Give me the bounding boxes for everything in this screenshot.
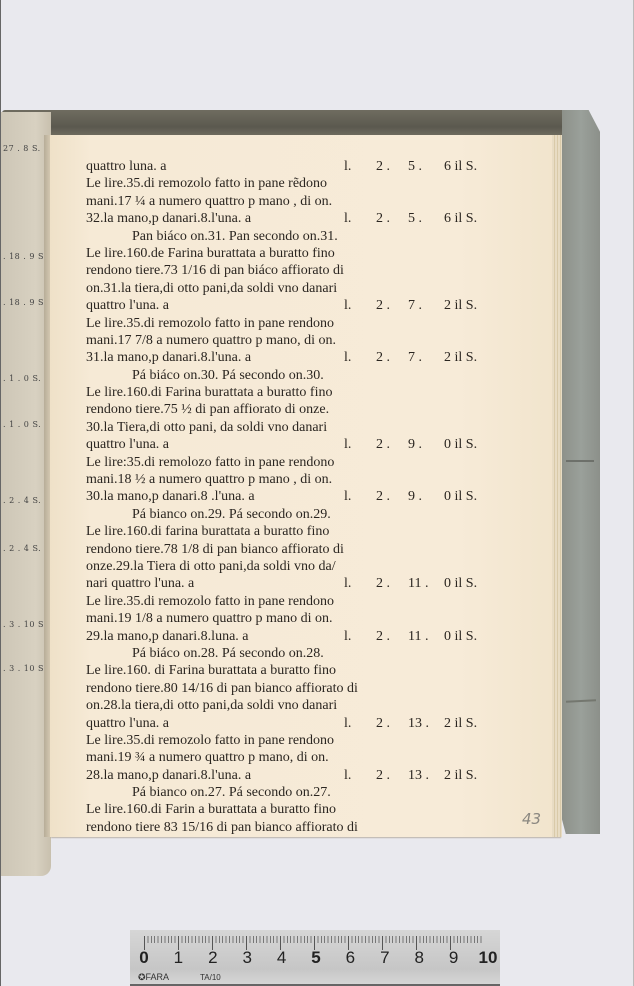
line-text: Pá biáco on.30. Pá secondo on.30. xyxy=(132,367,324,384)
price-part: 6 il S. xyxy=(444,158,492,175)
text-line: quattro l'una. al.2 .13 .2 il S. xyxy=(86,715,486,732)
price-part: 2 . xyxy=(376,767,408,784)
price-part: 2 . xyxy=(376,349,408,366)
line-text: onze.29.la Tiera di otto pani,da soldi v… xyxy=(86,558,336,575)
line-text: Pá biáco on.28. Pá secondo on.28. xyxy=(132,645,324,662)
ruler-number: 10 xyxy=(479,948,498,968)
ruler-number: 4 xyxy=(277,948,286,968)
text-line: quattro l'una. al.2 .7 .2 il S. xyxy=(86,297,486,314)
text-line: quattro l'una. al.2 .9 .0 il S. xyxy=(86,436,486,453)
line-text: 28.la mano,p danari.8.l'una. a xyxy=(86,767,251,784)
text-line: Le lire.160.di Farina burattata a buratt… xyxy=(86,384,486,401)
price-amount: l.2 .11 .0 il S. xyxy=(344,575,492,592)
section-heading: Pá bianco on.27. Pá secondo on.27. xyxy=(86,784,486,801)
text-line: 30.la Tiera,di otto pani, da soldi vno d… xyxy=(86,419,486,436)
price-part: 2 . xyxy=(376,436,408,453)
price-amount: l.2 .9 .0 il S. xyxy=(344,488,492,505)
line-text: mani.17 ¼ a numero quattro p mano , di o… xyxy=(86,193,332,210)
price-part: 0 il S. xyxy=(444,436,492,453)
price-part: l. xyxy=(344,488,376,505)
price-part: 0 il S. xyxy=(444,628,492,645)
ruler-number: 7 xyxy=(380,948,389,968)
price-part: 2 . xyxy=(376,715,408,732)
price-part: l. xyxy=(344,349,376,366)
line-text: 31.la mano,p danari.8.l'una. a xyxy=(86,349,251,366)
line-text: Pan biáco on.31. Pan secondo on.31. xyxy=(132,228,338,245)
text-line: Le lire.160. di Farina burattata a burat… xyxy=(86,662,486,679)
price-part: 11 . xyxy=(408,575,444,592)
line-text: quattro l'una. a xyxy=(86,297,169,314)
price-part: 2 . xyxy=(376,158,408,175)
price-part: 5 . xyxy=(408,158,444,175)
price-part: 13 . xyxy=(408,715,444,732)
line-text: on.31.la tiera,di otto pani,da soldi vno… xyxy=(86,280,337,297)
price-amount: l.2 .13 .2 il S. xyxy=(344,767,492,784)
line-text: nari quattro l'una. a xyxy=(86,575,194,592)
scale-ruler: 012345678910 ✪FARA TA/10 xyxy=(130,930,500,986)
line-text: quattro luna. a xyxy=(86,158,166,175)
price-part: 2 il S. xyxy=(444,715,492,732)
ruler-numbers: 012345678910 xyxy=(134,948,496,968)
text-line: Le lire.160.di Farin a burattata a burat… xyxy=(86,801,486,818)
line-text: 30.la Tiera,di otto pani, da soldi vno d… xyxy=(86,419,327,436)
text-line: Le lire.35.di remozolo fatto in pane ren… xyxy=(86,593,486,610)
price-part: 11 . xyxy=(408,628,444,645)
ruler-number: 3 xyxy=(242,948,251,968)
line-text: rendono tiere.75 ½ di pan affiorato di o… xyxy=(86,401,329,418)
price-part: 9 . xyxy=(408,436,444,453)
text-line: mani.19 ¾ a numero quattro p mano, di on… xyxy=(86,749,486,766)
line-text: Le lire.35.di remozolo fatto in pane ren… xyxy=(86,593,334,610)
price-part: 13 . xyxy=(408,767,444,784)
price-part: 2 il S. xyxy=(444,349,492,366)
text-line: mani.17 7/8 a numero quattro p mano, di … xyxy=(86,332,486,349)
paper-wrapper-top xyxy=(2,110,576,138)
price-amount: l.2 .5 .6 il S. xyxy=(344,158,492,175)
text-line: 32.la mano,p danari.8.l'una. al.2 .5 .6 … xyxy=(86,210,486,227)
line-text: rendono tiere.80 14/16 di pan bianco aff… xyxy=(86,680,358,697)
price-part: l. xyxy=(344,767,376,784)
ruler-number: 6 xyxy=(346,948,355,968)
left-margin-note: . 18 . 9 S. xyxy=(3,252,47,261)
line-text: mani.18 ½ a numero quattro p mano , di o… xyxy=(86,471,332,488)
price-amount: l.2 .13 .2 il S. xyxy=(344,715,492,732)
price-amount: l.2 .5 .6 il S. xyxy=(344,210,492,227)
price-part: 2 . xyxy=(376,297,408,314)
ruler-model-label: TA/10 xyxy=(200,973,221,982)
line-text: mani.17 7/8 a numero quattro p mano, di … xyxy=(86,332,336,349)
line-text: mani.19 1/8 a numero quattro p mano di o… xyxy=(86,610,333,627)
price-part: 0 il S. xyxy=(444,575,492,592)
price-part: l. xyxy=(344,628,376,645)
price-part: l. xyxy=(344,297,376,314)
left-margin-note: . 1 . 0 S. xyxy=(3,374,41,383)
text-line: Le lire.35.di remozolo fatto in pane ren… xyxy=(86,315,486,332)
left-margin-note: 27 . 8 S. xyxy=(3,144,41,153)
line-text: Le lire.35.di remozolo fatto in pane ren… xyxy=(86,732,334,749)
line-text: quattro l'una. a xyxy=(86,436,169,453)
price-part: 2 . xyxy=(376,628,408,645)
line-text: on.28.la tiera,di otto pani,da soldi vno… xyxy=(86,697,337,714)
paper-wrapper-right xyxy=(562,110,600,834)
line-text: 32.la mano,p danari.8.l'una. a xyxy=(86,210,251,227)
left-margin-note: . 3 . 10 S. xyxy=(3,664,47,673)
wrapper-crease xyxy=(566,699,596,703)
line-text: 29.la mano,p danari.8.luna. a xyxy=(86,628,249,645)
line-text: Le lire.35.di remozolo fatto in pane ren… xyxy=(86,315,334,332)
ruler-number: 5 xyxy=(311,948,320,968)
text-line: on.28.la tiera,di otto pani,da soldi vno… xyxy=(86,697,486,714)
text-line: rendono tiere.75 ½ di pan affiorato di o… xyxy=(86,401,486,418)
price-part: 2 . xyxy=(376,575,408,592)
left-margin-note: . 2 . 4 S. xyxy=(3,544,41,553)
price-part: l. xyxy=(344,575,376,592)
line-text: rendono tiere.78 1/8 di pan bianco affio… xyxy=(86,541,344,558)
price-part: 2 il S. xyxy=(444,297,492,314)
text-line: rendono tiere.80 14/16 di pan bianco aff… xyxy=(86,680,486,697)
price-part: 5 . xyxy=(408,210,444,227)
text-line: rendono tiere.73 1/16 di pan biáco affio… xyxy=(86,262,486,279)
line-text: Le lire.35.di remozolo fatto in pane rẽd… xyxy=(86,175,327,192)
section-heading: Pan biáco on.31. Pan secondo on.31. xyxy=(86,228,486,245)
price-part: 7 . xyxy=(408,349,444,366)
text-line: 30.la mano,p danari.8 .l'una. al.2 .9 .0… xyxy=(86,488,486,505)
text-line: quattro luna. al.2 .5 .6 il S. xyxy=(86,158,486,175)
text-line: Le lire:35.di remolozo fatto in pane ren… xyxy=(86,454,486,471)
text-line: rendono tiere.78 1/8 di pan bianco affio… xyxy=(86,541,486,558)
left-margin-note: . 18 . 9 S. xyxy=(3,298,47,307)
text-line: onze.29.la Tiera di otto pani,da soldi v… xyxy=(86,558,486,575)
line-text: quattro l'una. a xyxy=(86,715,169,732)
ruler-brand-logo: ✪FARA xyxy=(138,972,169,983)
text-line: rendono tiere 83 15/16 di pan bianco aff… xyxy=(86,819,486,836)
line-text: Le lire.160.de Farina burattata a buratt… xyxy=(86,245,335,262)
price-part: 0 il S. xyxy=(444,488,492,505)
text-line: Le lire.35.di remozolo fatto in pane ren… xyxy=(86,732,486,749)
line-text: Le lire.160.di farina burattata a buratt… xyxy=(86,523,329,540)
price-part: 9 . xyxy=(408,488,444,505)
ruler-number: 9 xyxy=(449,948,458,968)
price-amount: l.2 .11 .0 il S. xyxy=(344,628,492,645)
line-text: rendono tiere.73 1/16 di pan biáco affio… xyxy=(86,262,344,279)
price-part: 2 . xyxy=(376,488,408,505)
section-heading: Pá biáco on.28. Pá secondo on.28. xyxy=(86,645,486,662)
price-amount: l.2 .7 .2 il S. xyxy=(344,297,492,314)
line-text: Le lire:35.di remolozo fatto in pane ren… xyxy=(86,454,334,471)
text-line: on.31.la tiera,di otto pani,da soldi vno… xyxy=(86,280,486,297)
line-text: Le lire.160.di Farina burattata a buratt… xyxy=(86,384,332,401)
section-heading: Pá biáco on.30. Pá secondo on.30. xyxy=(86,367,486,384)
text-line: mani.19 1/8 a numero quattro p mano di o… xyxy=(86,610,486,627)
line-text: Le lire.160. di Farina burattata a burat… xyxy=(86,662,336,679)
price-amount: l.2 .9 .0 il S. xyxy=(344,436,492,453)
line-text: 30.la mano,p danari.8 .l'una. a xyxy=(86,488,255,505)
price-part: l. xyxy=(344,210,376,227)
ruler-number: 0 xyxy=(139,948,148,968)
left-margin-note: . 2 . 4 S. xyxy=(3,496,41,505)
price-part: 2 il S. xyxy=(444,767,492,784)
text-line: mani.18 ½ a numero quattro p mano , di o… xyxy=(86,471,486,488)
text-line: mani.17 ¼ a numero quattro p mano , di o… xyxy=(86,193,486,210)
pencil-folio-number: 43 xyxy=(522,810,541,828)
page-fore-edge xyxy=(552,135,562,837)
price-part: 6 il S. xyxy=(444,210,492,227)
price-amount: l.2 .7 .2 il S. xyxy=(344,349,492,366)
ruler-number: 1 xyxy=(174,948,183,968)
page-text: quattro luna. al.2 .5 .6 il S.Le lire.35… xyxy=(86,158,486,836)
line-text: Pá bianco on.29. Pá secondo on.29. xyxy=(132,506,331,523)
price-part: l. xyxy=(344,158,376,175)
price-part: 2 . xyxy=(376,210,408,227)
text-line: Le lire.160.de Farina burattata a buratt… xyxy=(86,245,486,262)
left-margin-note: . 1 . 0 S. xyxy=(3,420,41,429)
price-part: 7 . xyxy=(408,297,444,314)
line-text: rendono tiere 83 15/16 di pan bianco aff… xyxy=(86,819,358,836)
ruler-number: 8 xyxy=(414,948,423,968)
text-line: Le lire.160.di farina burattata a buratt… xyxy=(86,523,486,540)
text-line: Le lire.35.di remozolo fatto in pane rẽd… xyxy=(86,175,486,192)
left-margin-note: . 3 . 10 S. xyxy=(3,620,47,629)
ruler-number: 2 xyxy=(208,948,217,968)
wrapper-crease xyxy=(566,460,594,462)
text-line: 31.la mano,p danari.8.l'una. al.2 .7 .2 … xyxy=(86,349,486,366)
line-text: mani.19 ¾ a numero quattro p mano, di on… xyxy=(86,749,329,766)
line-text: Pá bianco on.27. Pá secondo on.27. xyxy=(132,784,331,801)
section-heading: Pá bianco on.29. Pá secondo on.29. xyxy=(86,506,486,523)
price-part: l. xyxy=(344,436,376,453)
text-line: 28.la mano,p danari.8.l'una. al.2 .13 .2… xyxy=(86,767,486,784)
text-line: nari quattro l'una. al.2 .11 .0 il S. xyxy=(86,575,486,592)
price-part: l. xyxy=(344,715,376,732)
text-line: 29.la mano,p danari.8.luna. al.2 .11 .0 … xyxy=(86,628,486,645)
line-text: Le lire.160.di Farin a burattata a burat… xyxy=(86,801,336,818)
